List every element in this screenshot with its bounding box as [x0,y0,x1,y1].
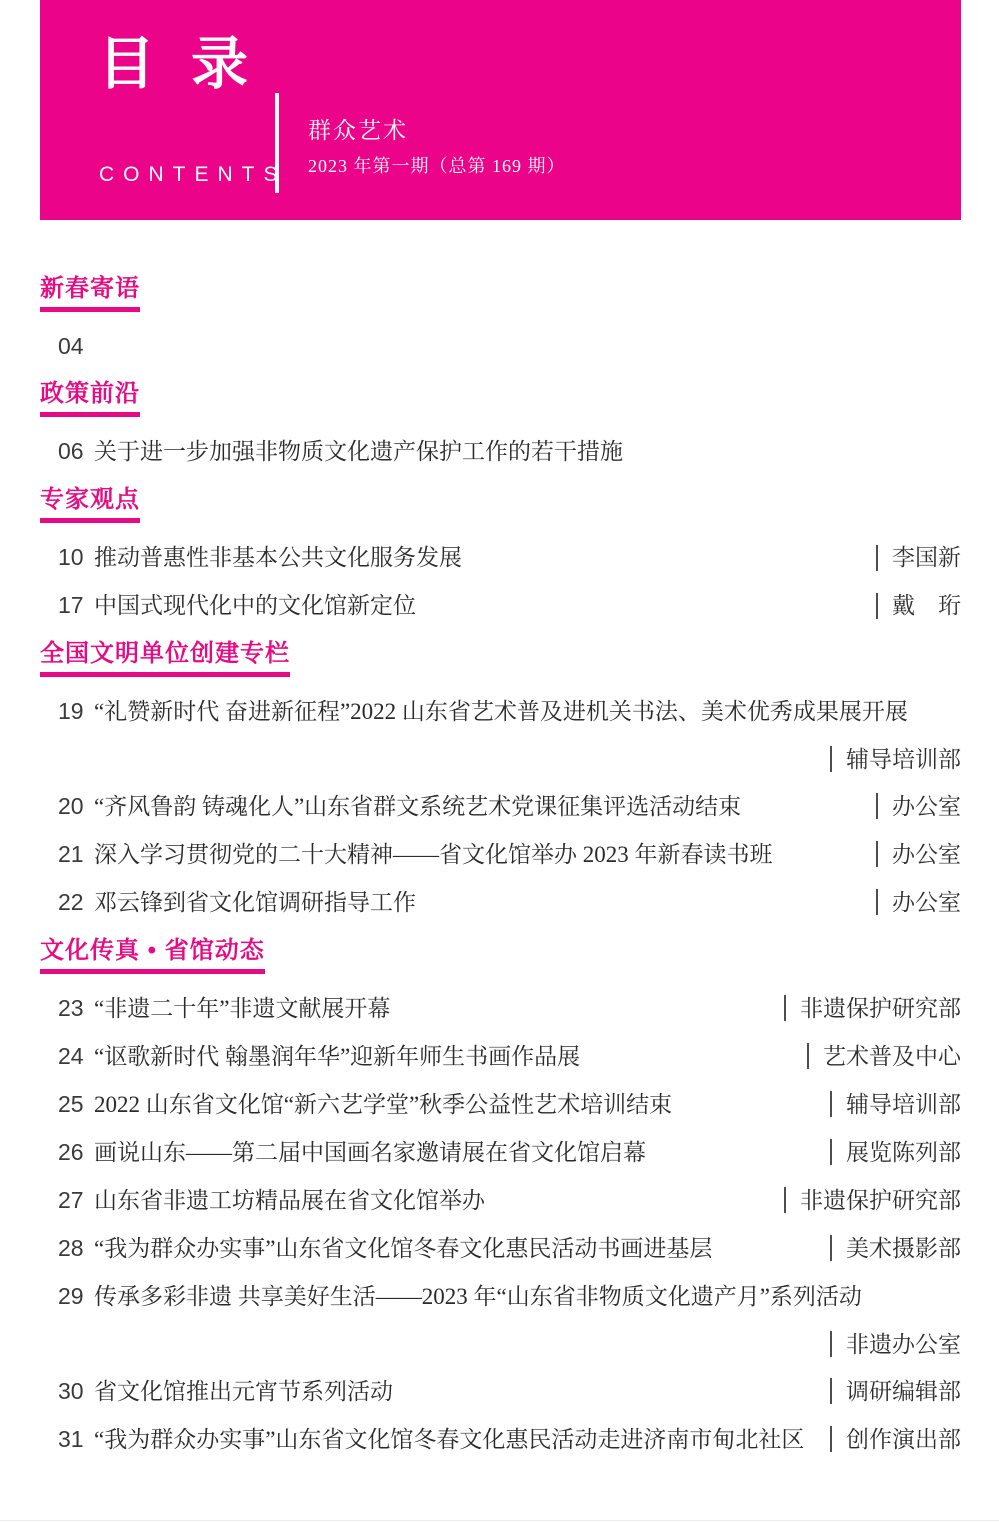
toc-entry: 19“礼赞新时代 奋进新征程”2022 山东省艺术普及进机关书法、美术优秀成果展… [40,698,961,725]
toc-entry: 23“非遗二十年”非遗文献展开幕非遗保护研究部 [40,995,961,1022]
section-heading: 专家观点 [40,487,140,523]
page-title-char: 录 [191,36,248,93]
entry-title: 中国式现代化中的文化馆新定位 [94,593,860,619]
toc-section: 全国文明单位创建专栏19“礼赞新时代 奋进新征程”2022 山东省艺术普及进机关… [40,641,961,916]
toc-entry: 27山东省非遗工坊精品展在省文化馆举办非遗保护研究部 [40,1187,961,1214]
entry-title: 省文化馆推出元宵节系列活动 [94,1379,814,1405]
page-title: 目 录 [98,36,248,93]
toc-entry-continuation: 非遗办公室 [40,1331,961,1357]
entry-page-number: 06 [40,438,94,464]
entry-page-number: 04 [40,333,94,359]
entry-title: 深入学习贯彻党的二十大精神——省文化馆举办 2023 年新春读书班 [94,842,860,868]
entry-page-number: 22 [40,889,94,915]
toc-entry: 20“齐风鲁韵 铸魂化人”山东省群文系统艺术党课征集评选活动结束办公室 [40,793,961,820]
entry-title: “礼赞新时代 奋进新征程”2022 山东省艺术普及进机关书法、美术优秀成果展开展 [94,699,961,725]
entry-department: 非遗保护研究部 [784,995,961,1021]
entry-department: 非遗办公室 [830,1331,961,1357]
entry-title: 关于进一步加强非物质文化遗产保护工作的若干措施 [94,439,961,465]
toc-entry: 06关于进一步加强非物质文化遗产保护工作的若干措施 [40,438,961,465]
entry-department: 艺术普及中心 [807,1043,961,1069]
entry-page-number: 30 [40,1378,94,1404]
banner-divider [275,93,279,193]
entry-page-number: 20 [40,793,94,819]
toc-section: 专家观点10推动普惠性非基本公共文化服务发展李国新17中国式现代化中的文化馆新定… [40,487,961,619]
entry-title: “讴歌新时代 翰墨润年华”迎新年师生书画作品展 [94,1044,791,1070]
toc-entry: 29传承多彩非遗 共享美好生活——2023 年“山东省非物质文化遗产月”系列活动 [40,1283,961,1310]
entry-page-number: 17 [40,592,94,618]
entry-department: 创作演出部 [830,1426,961,1452]
entry-department: 美术摄影部 [830,1235,961,1261]
section-heading: 政策前沿 [40,381,140,417]
entry-page-number: 29 [40,1283,94,1309]
toc-entry: 31“我为群众办实事”山东省文化馆冬春文化惠民活动走进济南市甸北社区创作演出部 [40,1426,961,1453]
entry-title: “齐风鲁韵 铸魂化人”山东省群文系统艺术党课征集评选活动结束 [94,794,860,820]
entry-title: “我为群众办实事”山东省文化馆冬春文化惠民活动走进济南市甸北社区 [94,1427,814,1453]
toc-entry: 22邓云锋到省文化馆调研指导工作办公室 [40,889,961,916]
entry-author: 戴 珩 [876,593,961,619]
entry-page-number: 25 [40,1091,94,1117]
toc-entry: 17中国式现代化中的文化馆新定位戴 珩 [40,592,961,619]
banner: 目 录 CONTENTS 群众艺术 2023 年第一期（总第 169 期） [40,0,961,220]
toc-page: { "theme": { "accent_color": "#e60a84", … [0,0,999,1522]
toc-section: 新春寄语04 [40,276,961,359]
entry-department: 辅导培训部 [830,1091,961,1117]
toc-entry: 252022 山东省文化馆“新六艺学堂”秋季公益性艺术培训结束辅导培训部 [40,1091,961,1118]
toc-entry: 28“我为群众办实事”山东省文化馆冬春文化惠民活动书画进基层美术摄影部 [40,1235,961,1262]
toc-entry: 24“讴歌新时代 翰墨润年华”迎新年师生书画作品展艺术普及中心 [40,1043,961,1070]
entry-page-number: 21 [40,841,94,867]
toc-entry: 26画说山东——第二届中国画名家邀请展在省文化馆启幕展览陈列部 [40,1139,961,1166]
toc-entry: 21深入学习贯彻党的二十大精神——省文化馆举办 2023 年新春读书班办公室 [40,841,961,868]
toc-section: 文化传真 • 省馆动态23“非遗二十年”非遗文献展开幕非遗保护研究部24“讴歌新… [40,938,961,1453]
section-heading: 全国文明单位创建专栏 [40,641,290,677]
entry-department: 办公室 [876,793,961,819]
page-bottom-rule [0,1520,999,1521]
issue-info: 2023 年第一期（总第 169 期） [308,152,566,178]
entry-page-number: 27 [40,1187,94,1213]
entry-title: 2022 山东省文化馆“新六艺学堂”秋季公益性艺术培训结束 [94,1092,814,1118]
entry-page-number: 10 [40,544,94,570]
page-title-en: CONTENTS [99,163,287,187]
toc-entry: 30省文化馆推出元宵节系列活动调研编辑部 [40,1378,961,1405]
section-heading: 新春寄语 [40,276,140,312]
entry-page-number: 31 [40,1426,94,1452]
entry-department: 办公室 [876,841,961,867]
entry-department: 办公室 [876,889,961,915]
entry-page-number: 19 [40,698,94,724]
entry-page-number: 26 [40,1139,94,1165]
toc-section: 政策前沿06关于进一步加强非物质文化遗产保护工作的若干措施 [40,381,961,465]
entry-page-number: 28 [40,1235,94,1261]
entry-page-number: 24 [40,1043,94,1069]
entry-title: 邓云锋到省文化馆调研指导工作 [94,890,860,916]
entry-title: “非遗二十年”非遗文献展开幕 [94,996,768,1022]
entry-title: 山东省非遗工坊精品展在省文化馆举办 [94,1188,768,1214]
entry-title: 传承多彩非遗 共享美好生活——2023 年“山东省非物质文化遗产月”系列活动 [94,1284,961,1310]
entry-author: 李国新 [876,545,961,571]
entry-title: “我为群众办实事”山东省文化馆冬春文化惠民活动书画进基层 [94,1236,814,1262]
entry-department: 展览陈列部 [830,1139,961,1165]
entry-department: 辅导培训部 [830,746,961,772]
entry-department: 调研编辑部 [830,1378,961,1404]
entry-title: 画说山东——第二届中国画名家邀请展在省文化馆启幕 [94,1140,814,1166]
toc-entry-continuation: 辅导培训部 [40,746,961,772]
toc: 新春寄语04政策前沿06关于进一步加强非物质文化遗产保护工作的若干措施专家观点1… [40,220,961,1475]
entry-department: 非遗保护研究部 [784,1187,961,1213]
toc-entry: 04 [40,333,961,359]
entry-page-number: 23 [40,995,94,1021]
page-title-char: 目 [98,36,155,93]
section-heading: 文化传真 • 省馆动态 [40,938,265,974]
toc-entry: 10推动普惠性非基本公共文化服务发展李国新 [40,544,961,571]
magazine-name: 群众艺术 [308,112,408,145]
entry-title: 推动普惠性非基本公共文化服务发展 [94,545,860,571]
